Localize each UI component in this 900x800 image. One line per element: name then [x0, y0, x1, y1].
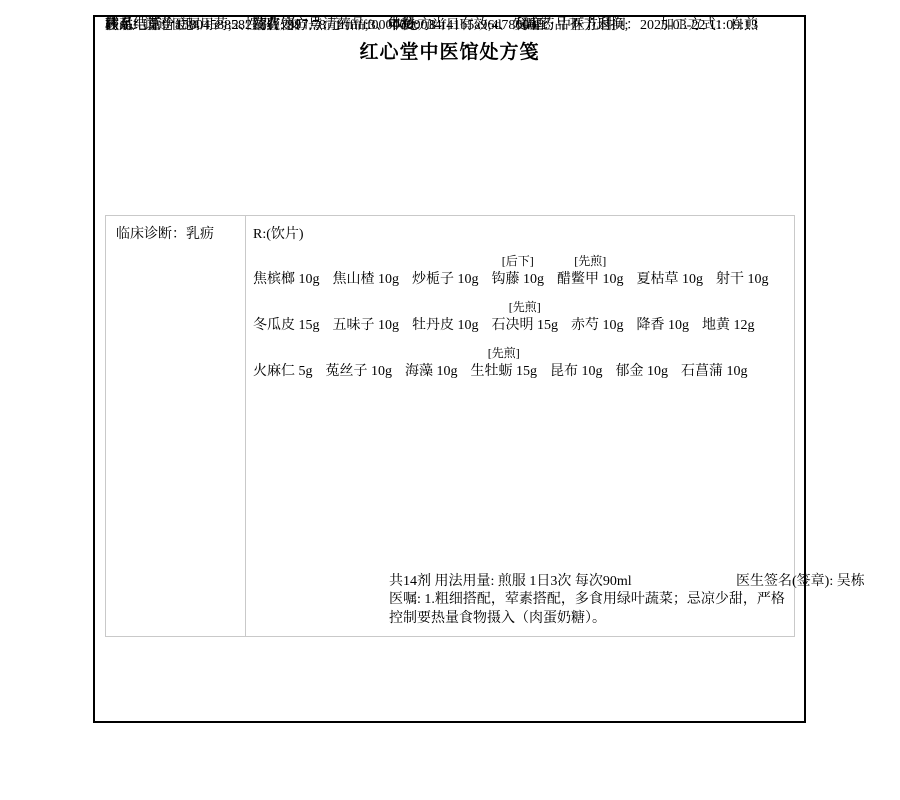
medicine-name-dose: 钩藤 10g [492, 269, 545, 290]
medicine-name-dose: 石决明 15g [492, 315, 559, 336]
decoction-tag [681, 345, 748, 361]
medicine-name-dose: 菟丝子 10g [326, 361, 393, 382]
medicine-name-dose: 醋鳖甲 10g [557, 269, 624, 290]
prescription-box: 临床诊断：乳疬 R:(饮片) 焦槟榔 10g 焦山楂 10g 炒栀子 10g[后… [105, 215, 795, 637]
decoction-tag: [先煎] [471, 345, 538, 361]
medicine-name-dose: 五味子 10g [333, 315, 400, 336]
medicine-row: 冬瓜皮 15g 五味子 10g 牡丹皮 10g[先煎]石决明 15g 赤芍 10… [253, 299, 788, 336]
decoction-tag [412, 299, 479, 315]
medicine-item: 夏枯草 10g [637, 253, 704, 290]
decoction-tag [253, 345, 313, 361]
decoction-tag: [先煎] [492, 299, 559, 315]
decoction-tag [550, 345, 603, 361]
doctor-advice-line-1: 医嘱: 1.粗细搭配，荤素搭配，多食用绿叶蔬菜；忌凉少甜，严格 [389, 591, 786, 610]
decoction-tag [702, 299, 755, 315]
medicine-item: 牡丹皮 10g [412, 299, 479, 336]
medicine-name-dose: 牡丹皮 10g [412, 315, 479, 336]
medicine-name-dose: 焦山楂 10g [333, 269, 400, 290]
medicine-name-dose: 石菖蒲 10g [681, 361, 748, 382]
medicine-item: 昆布 10g [550, 345, 603, 382]
rx-content-cell: R:(饮片) 焦槟榔 10g 焦山楂 10g 炒栀子 10g[后下]钩藤 10g… [247, 216, 794, 636]
decoction-tag [333, 253, 400, 269]
medicine-item: [先煎]石决明 15g [492, 299, 559, 336]
decoction-tag: [先煎] [557, 253, 624, 269]
doctor-advice-line-2: 控制要热量食物摄入（肉蛋奶糖）。 [389, 610, 786, 629]
usage-block: 共14剂 用法用量: 煎服 1日3次 每次90ml 医生签名(签章): 吴栋 医… [389, 573, 786, 629]
medicine-name-dose: 冬瓜皮 15g [253, 315, 320, 336]
medicine-item: [后下]钩藤 10g [492, 253, 545, 290]
decoction-tag: [后下] [492, 253, 545, 269]
medicine-item: 海藻 10g [405, 345, 458, 382]
decoction-tag [637, 299, 690, 315]
medicine-item: 焦山楂 10g [333, 253, 400, 290]
medicine-name-dose: 降香 10g [637, 315, 690, 336]
medicine-item: 五味子 10g [333, 299, 400, 336]
decoction-tag [253, 299, 320, 315]
decoction-tag [637, 253, 704, 269]
medicine-name-dose: 生牡蛎 15g [471, 361, 538, 382]
medicine-name-dose: 火麻仁 5g [253, 361, 313, 382]
medicine-item: 火麻仁 5g [253, 345, 313, 382]
medicine-name-dose: 海藻 10g [405, 361, 458, 382]
medicine-row: 火麻仁 5g 菟丝子 10g 海藻 10g[先煎]生牡蛎 15g 昆布 10g … [253, 345, 788, 382]
medicine-name-dose: 焦槟榔 10g [253, 269, 320, 290]
medicine-item: 石菖蒲 10g [681, 345, 748, 382]
medicine-item: 射干 10g [716, 253, 769, 290]
diagnosis-cell: 临床诊断：乳疬 [106, 216, 246, 636]
medicine-item: 地黄 12g [702, 299, 755, 336]
usage-summary-line: 共14剂 用法用量: 煎服 1日3次 每次90ml 医生签名(签章): 吴栋 [389, 573, 786, 592]
decoction-tag [326, 345, 393, 361]
dose-count-and-usage: 共14剂 用法用量: 煎服 1日3次 每次90ml [389, 574, 632, 589]
page-title: 红心堂中医馆处方笺 [95, 37, 804, 64]
medicine-name-dose: 昆布 10g [550, 361, 603, 382]
medicine-item: [先煎]醋鳖甲 10g [557, 253, 624, 290]
medicine-name-dose: 夏枯草 10g [637, 269, 704, 290]
prescription-sheet: 红心堂中医馆处方笺 姓名：王一心 性别：女 年龄：8 科室：中医儿科 加工方式：… [93, 15, 806, 723]
medicine-item: 焦槟榔 10g [253, 253, 320, 290]
decoction-tag [716, 253, 769, 269]
rx-header: R:(饮片) [253, 226, 788, 244]
decoction-tag [412, 253, 479, 269]
medicine-item: 炒栀子 10g [412, 253, 479, 290]
medicine-name-dose: 郁金 10g [616, 361, 669, 382]
clinical-diagnosis: 临床诊断：乳疬 [116, 226, 214, 244]
medicine-name-dose: 赤芍 10g [571, 315, 624, 336]
medicine-item: [先煎]生牡蛎 15g [471, 345, 538, 382]
decoction-tag [616, 345, 669, 361]
medicine-rows: 焦槟榔 10g 焦山楂 10g 炒栀子 10g[后下]钩藤 10g[先煎]醋鳖甲… [253, 253, 788, 382]
medicine-row: 焦槟榔 10g 焦山楂 10g 炒栀子 10g[后下]钩藤 10g[先煎]醋鳖甲… [253, 253, 788, 290]
medicine-item: 降香 10g [637, 299, 690, 336]
medicine-name-dose: 射干 10g [716, 269, 769, 290]
decoction-tag [333, 299, 400, 315]
decoction-tag [571, 299, 624, 315]
doctor-signature: 医生签名(签章): 吴栋 [736, 573, 865, 592]
decoction-tag [405, 345, 458, 361]
medicine-name-dose: 炒栀子 10g [412, 269, 479, 290]
medicine-item: 郁金 10g [616, 345, 669, 382]
screenshot-root: { "title": "红心堂中医馆处方笺", "patient": { "ro… [0, 0, 900, 800]
footer-note: 注:1、请遵医嘱用药;2、请在窗口点清药品;3、本处方当日有效;4、发出药品不予… [105, 17, 628, 35]
medicine-name-dose: 地黄 12g [702, 315, 755, 336]
medicine-item: 菟丝子 10g [326, 345, 393, 382]
medicine-item: 赤芍 10g [571, 299, 624, 336]
decoction-tag [253, 253, 320, 269]
medicine-item: 冬瓜皮 15g [253, 299, 320, 336]
